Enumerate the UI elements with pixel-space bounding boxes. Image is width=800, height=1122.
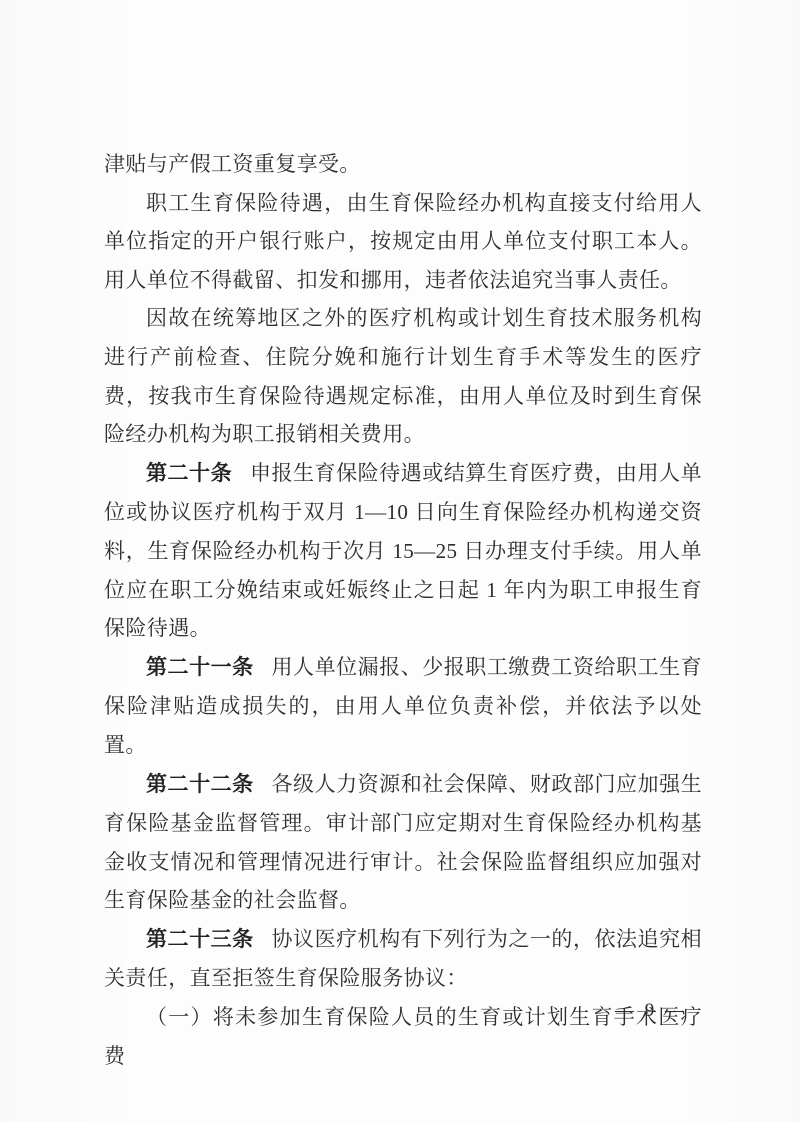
- article-term: 第二十二条: [146, 773, 254, 796]
- document-body: 津贴与产假工资重复享受。 职工生育保险待遇，由生育保险经办机构直接支付给用人单位…: [104, 145, 702, 1075]
- article-term: 第二十三条: [146, 928, 254, 951]
- paragraph-article-22: 第二十二条各级人力资源和社会保障、财政部门应加强生育保险基金监督管理。审计部门应…: [104, 765, 702, 920]
- paragraph: 职工生育保险待遇，由生育保险经办机构直接支付给用人单位指定的开户银行账户，按规定…: [104, 184, 702, 300]
- paragraph-text: 津贴与产假工资重复享受。: [104, 152, 361, 176]
- paragraph-text: 申报生育保险待遇或结算生育医疗费，由用人单位或协议医疗机构于双月 1—10 日向…: [104, 461, 702, 640]
- article-term: 第二十一条: [146, 656, 254, 679]
- document-page: 津贴与产假工资重复享受。 职工生育保险待遇，由生育保险经办机构直接支付给用人单位…: [0, 0, 800, 1122]
- paragraph-continuation: 津贴与产假工资重复享受。: [104, 145, 702, 184]
- paragraph-text: 因故在统筹地区之外的医疗机构或计划生育技术服务机构进行产前检查、住院分娩和施行计…: [104, 306, 702, 446]
- paragraph-article-21: 第二十一条用人单位漏报、少报职工缴费工资给职工生育保险津贴造成损失的，由用人单位…: [104, 648, 702, 765]
- page-number: — 9 —: [606, 1000, 696, 1022]
- paragraph-article-20: 第二十条申报生育保险待遇或结算生育医疗费，由用人单位或协议医疗机构于双月 1—1…: [104, 454, 702, 648]
- paragraph: 因故在统筹地区之外的医疗机构或计划生育技术服务机构进行产前检查、住院分娩和施行计…: [104, 299, 702, 453]
- article-term: 第二十条: [146, 462, 232, 485]
- paragraph-text: 职工生育保险待遇，由生育保险经办机构直接支付给用人单位指定的开户银行账户，按规定…: [104, 191, 702, 292]
- paragraph-article-23: 第二十三条协议医疗机构有下列行为之一的，依法追究相关责任，直至拒签生育保险服务协…: [104, 920, 702, 998]
